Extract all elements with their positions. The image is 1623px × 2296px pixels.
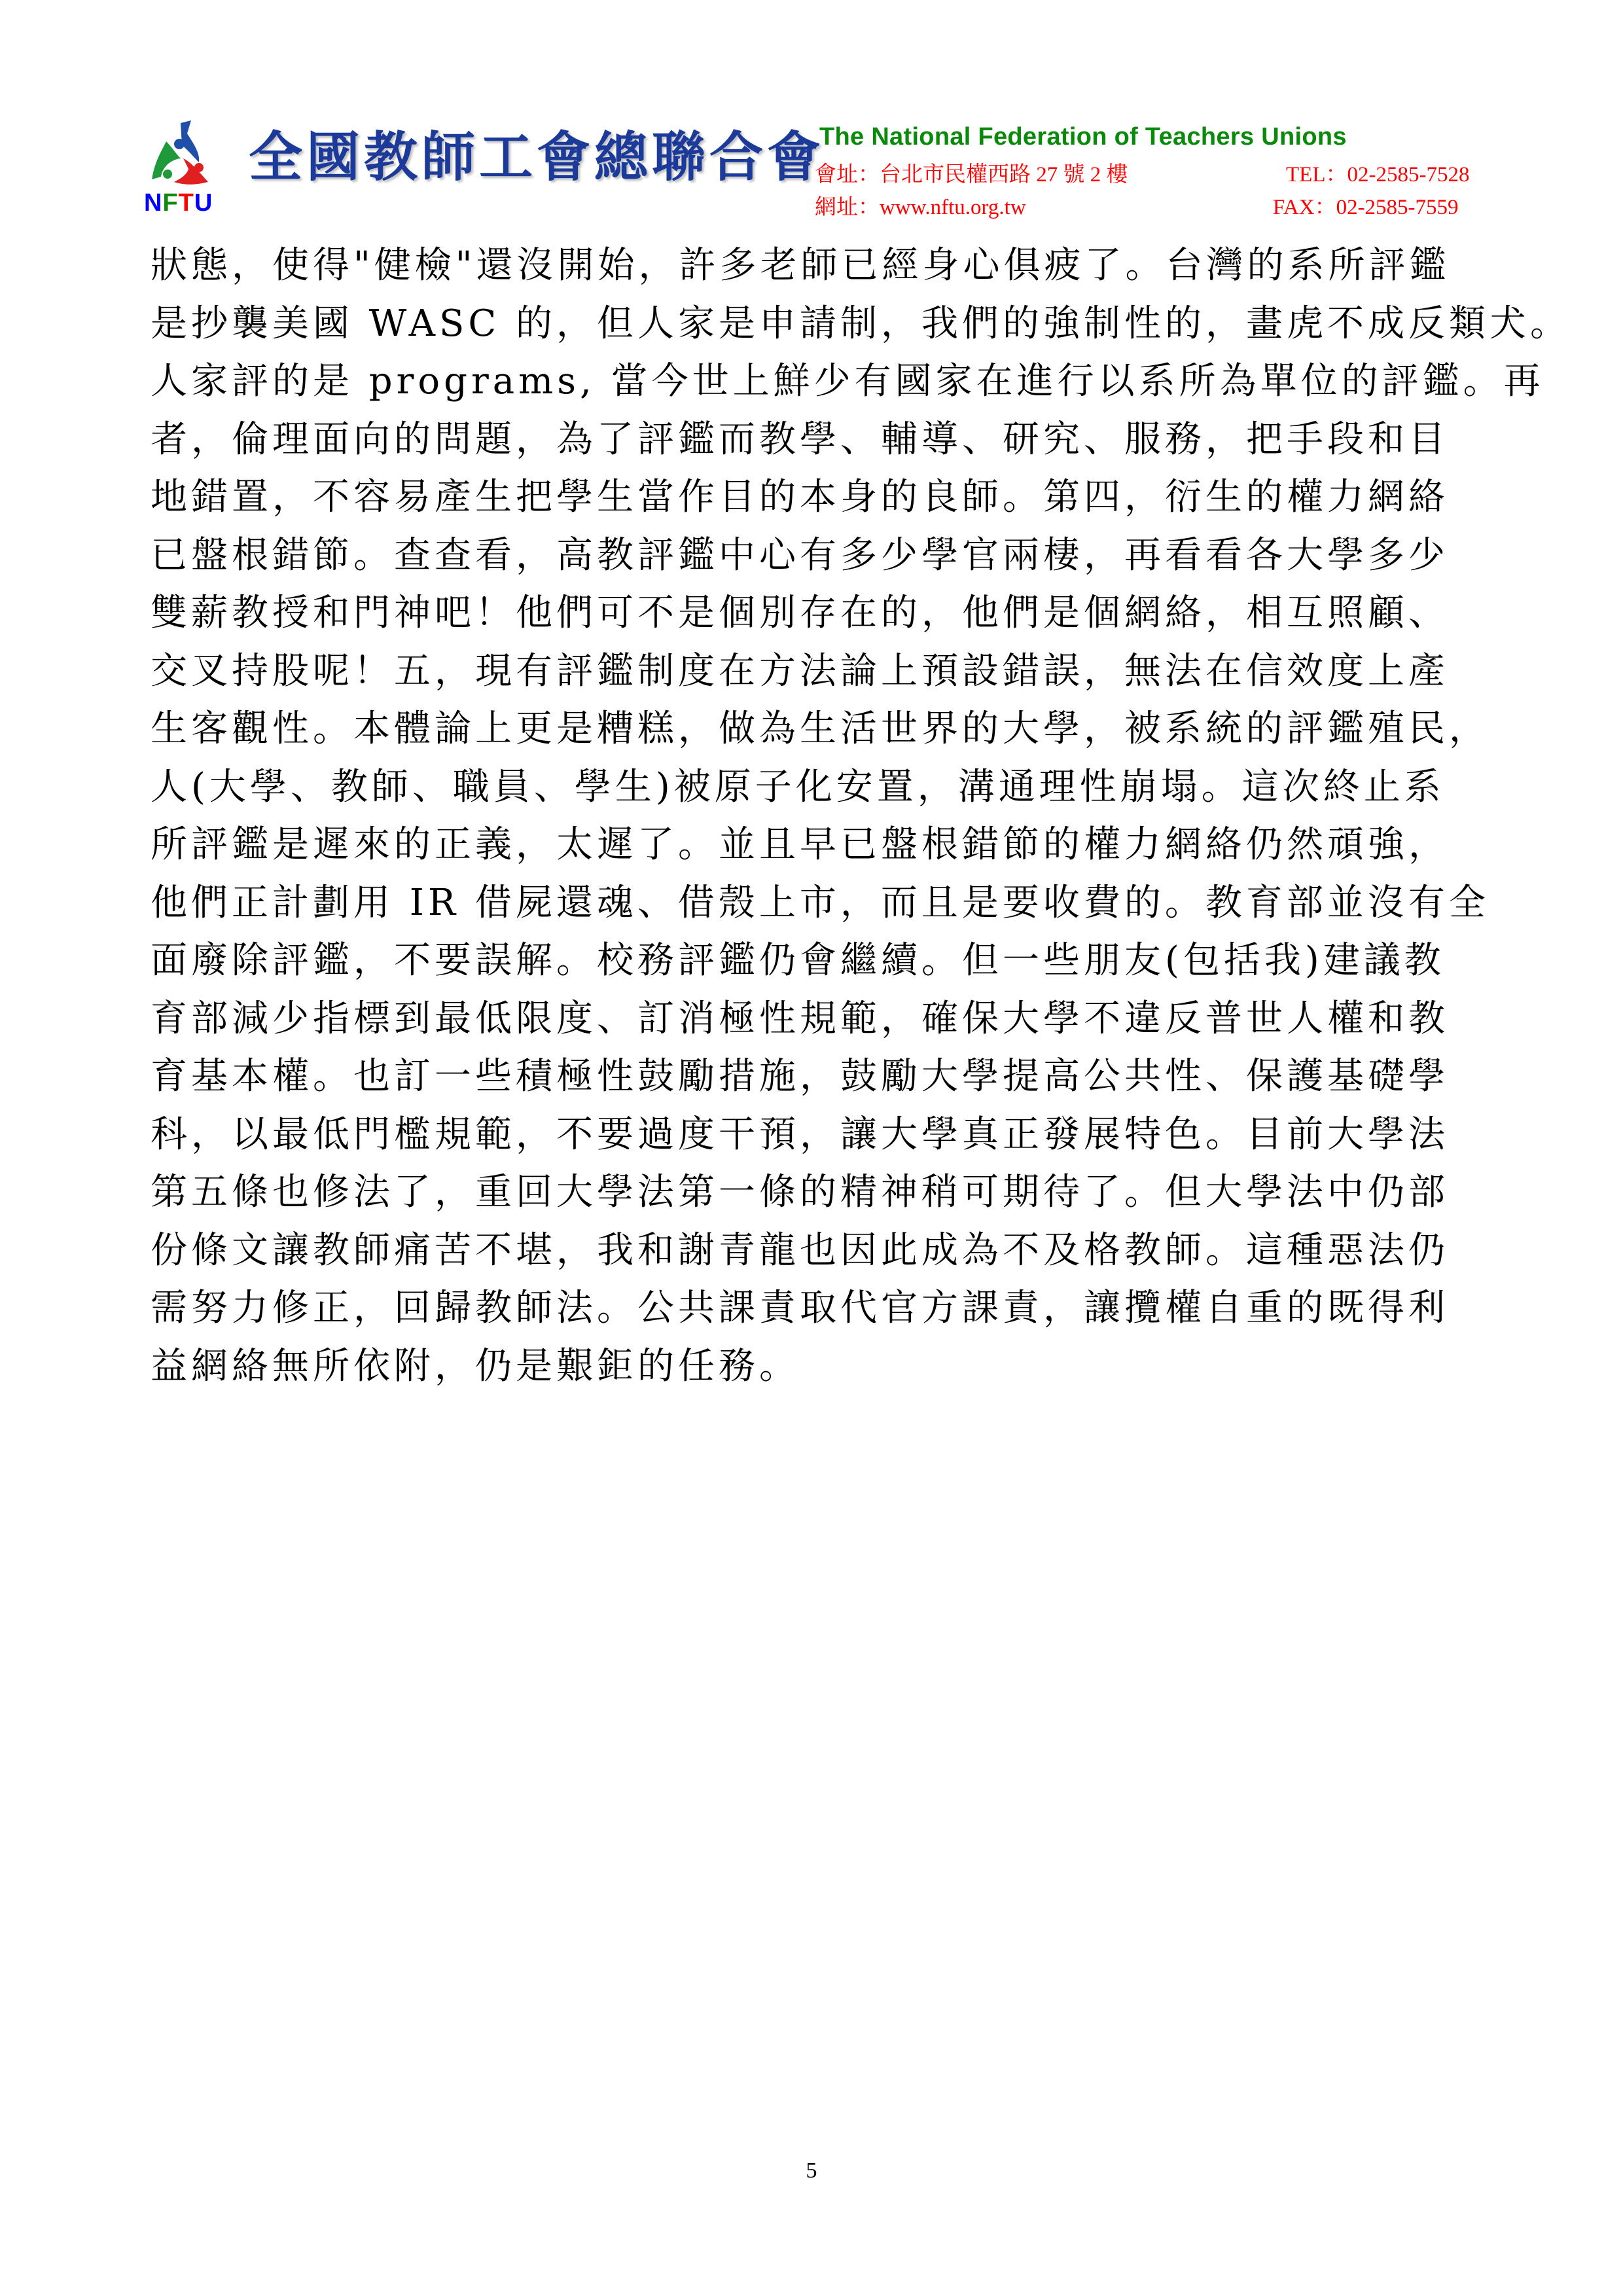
text-line: 人(大學、教師、職員、學生)被原子化安置，溝通理性崩塌。這次終止系 xyxy=(151,759,1492,817)
text-line: 地錯置，不容易產生把學生當作目的本身的良師。第四，衍生的權力網絡 xyxy=(151,469,1492,527)
text-line: 雙薪教授和門神吧！他們可不是個別存在的，他們是個網絡，相互照顧、 xyxy=(151,584,1492,643)
text-line: 育基本權。也訂一些積極性鼓勵措施，鼓勵大學提高公共性、保護基礎學 xyxy=(151,1048,1492,1106)
nftu-acronym: NFTU xyxy=(144,188,213,217)
address: 會址：台北市民權西路 27 號 2 樓 xyxy=(815,157,1128,188)
telephone: TEL：02-2585-7528 xyxy=(1286,157,1469,188)
text-line: 面廢除評鑑，不要誤解。校務評鑑仍會繼續。但一些朋友(包括我)建議教 xyxy=(151,932,1492,990)
text-line: 人家評的是 programs, 當今世上鮮少有國家在進行以系所為單位的評鑑。再 xyxy=(151,353,1492,411)
text-line: 他們正計劃用 IR 借屍還魂、借殼上市，而且是要收費的。教育部並沒有全 xyxy=(151,874,1492,933)
nftu-logo: NFTU xyxy=(144,117,216,221)
nftu-emblem-icon xyxy=(148,119,213,187)
text-line: 所評鑑是遲來的正義，太遲了。並且早已盤根錯節的權力網絡仍然頑強， xyxy=(151,816,1492,874)
logo-letter-u: U xyxy=(194,189,213,217)
text-line: 是抄襲美國 WASC 的，但人家是申請制，我們的強制性的，畫虎不成反類犬。 xyxy=(151,295,1492,353)
text-line: 交叉持股呢！五，現有評鑑制度在方法論上預設錯誤，無法在信效度上產 xyxy=(151,643,1492,701)
text-line: 狀態，使得"健檢"還沒開始，許多老師已經身心俱疲了。台灣的系所評鑑 xyxy=(151,237,1492,295)
text-line: 已盤根錯節。查查看，高教評鑑中心有多少學官兩棲，再看看各大學多少 xyxy=(151,527,1492,585)
organization-name-chinese: 全國教師工會總聯合會 xyxy=(249,124,825,190)
text-line: 需努力修正，回歸教師法。公共課責取代官方課責，讓攬權自重的既得利 xyxy=(151,1280,1492,1338)
letterhead: NFTU 全國教師工會總聯合會 The National Federation … xyxy=(144,117,1492,221)
text-line: 第五條也修法了，重回大學法第一條的精神稍可期待了。但大學法中仍部 xyxy=(151,1164,1492,1222)
organization-name-english: The National Federation of Teachers Unio… xyxy=(819,123,1347,151)
text-line: 育部減少指標到最低限度、訂消極性規範，確保大學不違反普世人權和教 xyxy=(151,990,1492,1049)
text-line: 生客觀性。本體論上更是糟糕，做為生活世界的大學，被系統的評鑑殖民， xyxy=(151,700,1492,759)
page-number: 5 xyxy=(0,2159,1623,2183)
logo-letter-f: F xyxy=(162,189,178,217)
text-line: 者，倫理面向的問題，為了評鑑而教學、輔導、研究、服務，把手段和目 xyxy=(151,411,1492,469)
body-text: 狀態，使得"健檢"還沒開始，許多老師已經身心俱疲了。台灣的系所評鑑 是抄襲美國 … xyxy=(151,237,1492,1395)
fax: FAX：02-2585-7559 xyxy=(1273,190,1459,221)
logo-letter-t: T xyxy=(179,189,194,217)
website: 網址：www.nftu.org.tw xyxy=(815,190,1026,221)
logo-letter-n: N xyxy=(144,189,162,217)
document-page: NFTU 全國教師工會總聯合會 The National Federation … xyxy=(0,0,1623,2296)
text-line: 科，以最低門檻規範，不要過度干預，讓大學真正發展特色。目前大學法 xyxy=(151,1106,1492,1164)
text-line: 份條文讓教師痛苦不堪，我和謝青龍也因此成為不及格教師。這種惡法仍 xyxy=(151,1222,1492,1280)
text-line: 益網絡無所依附，仍是艱鉅的任務。 xyxy=(151,1338,1492,1396)
